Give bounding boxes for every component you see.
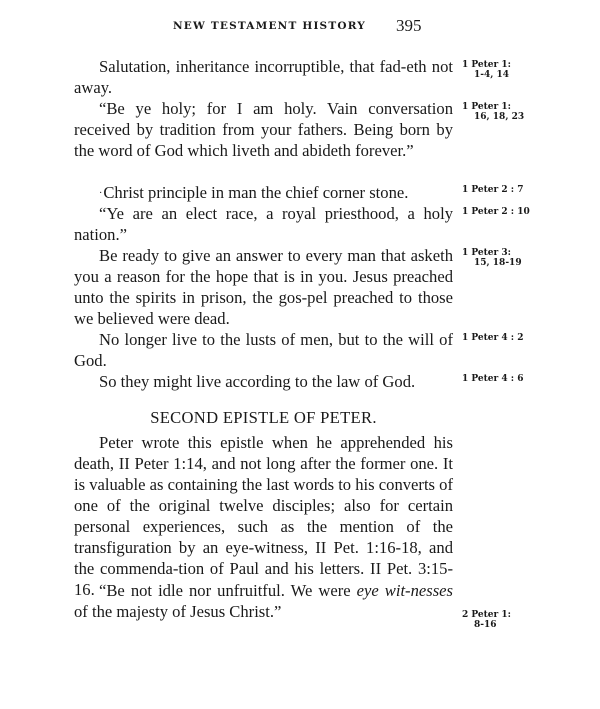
book-page: NEW TESTAMENT HISTORY 395 Salutation, in… bbox=[0, 0, 600, 709]
paragraph-eye-witnesses-quote: “Be not idle nor unfruitful. We were eye… bbox=[74, 580, 453, 622]
margin-note-ref: 1 Peter 2 : 10 bbox=[462, 207, 530, 217]
paragraph-text: Salutation, inheritance incorruptible, t… bbox=[74, 56, 453, 98]
quote-text: of the majesty of Jesus Christ.” bbox=[74, 602, 281, 621]
paragraph-no-longer: No longer live to the lusts of men, but … bbox=[74, 329, 453, 371]
quote-text: “Be not idle nor unfruitful. We were bbox=[99, 581, 357, 600]
margin-note: 1 Peter 2 : 7 bbox=[462, 185, 524, 195]
margin-note: 1 Peter 1: 1-4, 14 bbox=[462, 60, 511, 80]
margin-note-ref: 1 Peter 1: bbox=[462, 102, 511, 112]
margin-note-ref: 1 Peter 4 : 6 bbox=[462, 374, 524, 384]
paragraph-elect-race: “Ye are an elect race, a royal priesthoo… bbox=[74, 203, 453, 245]
margin-note-verses: 15, 18-19 bbox=[462, 258, 522, 268]
margin-note-verses: 16, 18, 23 bbox=[462, 112, 524, 122]
margin-note: 2 Peter 1: 8-16 bbox=[462, 610, 511, 630]
margin-note-ref: 1 Peter 3: bbox=[462, 248, 511, 258]
paragraph-corner-stone: ·Christ principle in man the chief corne… bbox=[74, 182, 453, 204]
paragraph-salutation: Salutation, inheritance incorruptible, t… bbox=[74, 56, 453, 98]
margin-note: 1 Peter 3: 15, 18-19 bbox=[462, 248, 522, 268]
running-head: NEW TESTAMENT HISTORY bbox=[173, 20, 366, 32]
paragraph-be-ready: Be ready to give an answer to every man … bbox=[74, 245, 453, 329]
page-number: 395 bbox=[396, 16, 422, 36]
margin-note: 1 Peter 4 : 6 bbox=[462, 374, 524, 384]
paragraph-text: Peter wrote this epistle when he apprehe… bbox=[74, 432, 453, 600]
paragraph-text: So they might live according to the law … bbox=[74, 371, 453, 392]
margin-note-ref: 2 Peter 1: bbox=[462, 610, 511, 620]
margin-note-verses: 1-4, 14 bbox=[462, 70, 511, 80]
section-heading: SECOND EPISTLE OF PETER. bbox=[74, 408, 453, 428]
paragraph-text: “Be ye holy; for I am holy. Vain convers… bbox=[74, 98, 453, 161]
paragraph-be-ye-holy: “Be ye holy; for I am holy. Vain convers… bbox=[74, 98, 453, 161]
paragraph-text: Be ready to give an answer to every man … bbox=[74, 245, 453, 329]
paragraph-text: Christ principle in man the chief corner… bbox=[103, 183, 408, 202]
margin-note-ref: 1 Peter 4 : 2 bbox=[462, 333, 524, 343]
margin-note-ref: 1 Peter 2 : 7 bbox=[462, 185, 524, 195]
italic-text: eye wit-nesses bbox=[357, 581, 453, 600]
margin-note-ref: 1 Peter 1: bbox=[462, 60, 511, 70]
margin-note-verses: 8-16 bbox=[462, 620, 511, 630]
margin-note: 1 Peter 4 : 2 bbox=[462, 333, 524, 343]
paragraph-text: No longer live to the lusts of men, but … bbox=[74, 329, 453, 371]
paragraph-text: “Ye are an elect race, a royal priesthoo… bbox=[74, 203, 453, 245]
paragraph-second-epistle-intro: Peter wrote this epistle when he apprehe… bbox=[74, 432, 453, 600]
margin-note: 1 Peter 2 : 10 bbox=[462, 207, 530, 217]
paragraph-law-of-god: So they might live according to the law … bbox=[74, 371, 453, 392]
margin-note: 1 Peter 1: 16, 18, 23 bbox=[462, 102, 524, 122]
bullet-dot-icon: · bbox=[99, 188, 102, 199]
